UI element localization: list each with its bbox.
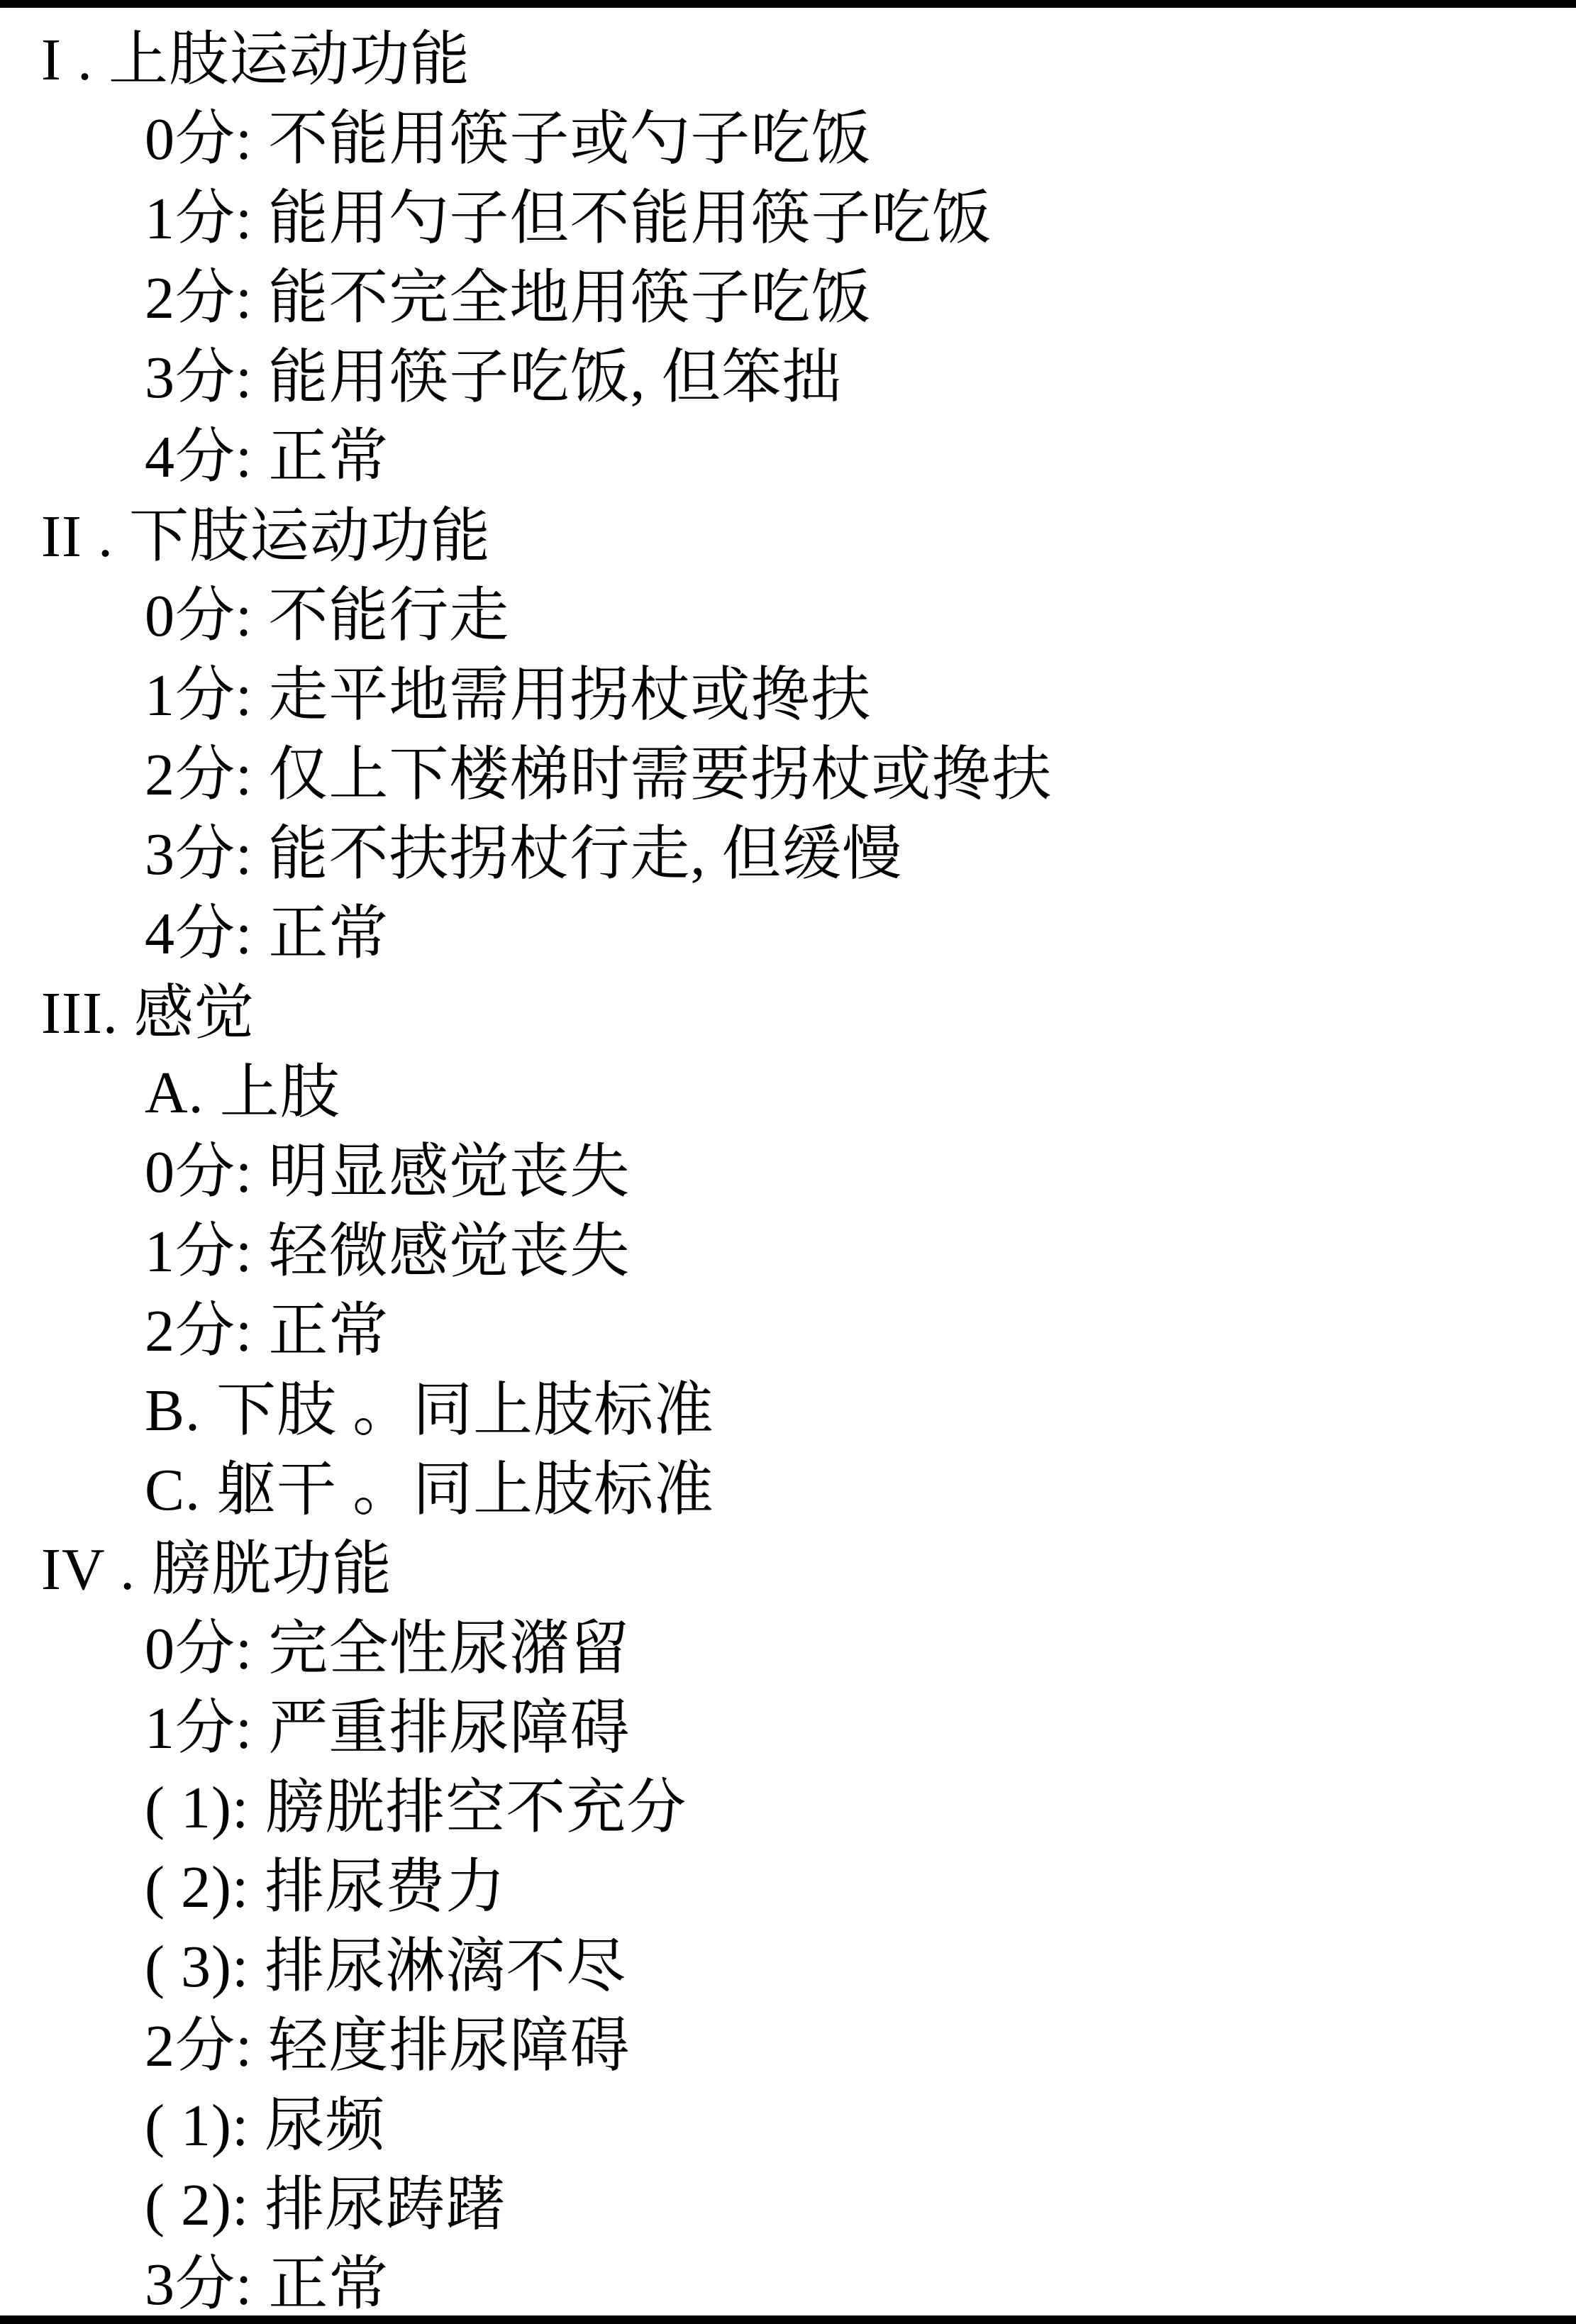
scale-item: ( 2): 排尿费力 xyxy=(145,1848,1576,1927)
scanned-document-page: I . 上肢运动功能 0分: 不能用筷子或勺子吃饭 1分: 能用勺子但不能用筷子… xyxy=(0,0,1576,2324)
scale-item: 0分: 明显感觉丧失 xyxy=(145,1133,1576,1212)
scale-item: 1分: 走平地需用拐杖或搀扶 xyxy=(145,656,1576,736)
scale-item: 2分: 轻度排尿障碍 xyxy=(145,2007,1576,2086)
scale-item: 4分: 正常 xyxy=(145,418,1576,497)
top-border-bar xyxy=(0,0,1576,8)
section-sensory: III. 感觉 A. 上肢 0分: 明显感觉丧失 1分: 轻微感觉丧失 2分: … xyxy=(0,974,1576,1530)
scale-item: ( 3): 排尿淋漓不尽 xyxy=(145,1927,1576,2007)
scale-item: ( 2): 排尿踌躇 xyxy=(145,2166,1576,2245)
scale-item: 2分: 正常 xyxy=(145,1292,1576,1371)
section-heading: II . 下肢运动功能 xyxy=(41,497,1576,577)
scale-item: ( 1): 膀胱排空不充分 xyxy=(145,1769,1576,1848)
bottom-border-bar xyxy=(0,2315,1576,2324)
section-upper-limb-motor-function: I . 上肢运动功能 0分: 不能用筷子或勺子吃饭 1分: 能用勺子但不能用筷子… xyxy=(0,21,1576,497)
scale-item: 3分: 能不扶拐杖行走, 但缓慢 xyxy=(145,815,1576,895)
section-heading: III. 感觉 xyxy=(41,974,1576,1053)
section-heading: I . 上肢运动功能 xyxy=(41,21,1576,100)
scale-item: ( 1): 尿频 xyxy=(145,2086,1576,2166)
scale-item: 0分: 完全性尿潴留 xyxy=(145,1610,1576,1689)
scale-item: 4分: 正常 xyxy=(145,895,1576,974)
scale-item: 2分: 能不完全地用筷子吃饭 xyxy=(145,259,1576,338)
scale-item: 0分: 不能行走 xyxy=(145,577,1576,656)
section-lower-limb-motor-function: II . 下肢运动功能 0分: 不能行走 1分: 走平地需用拐杖或搀扶 2分: … xyxy=(0,497,1576,974)
scale-item: B. 下肢 。同上肢标准 xyxy=(145,1371,1576,1451)
scale-item: 1分: 严重排尿障碍 xyxy=(145,1689,1576,1769)
scale-item: A. 上肢 xyxy=(145,1053,1576,1133)
scale-item: 0分: 不能用筷子或勺子吃饭 xyxy=(145,100,1576,179)
section-heading: IV . 膀胱功能 xyxy=(41,1530,1576,1610)
rating-scale-text: I . 上肢运动功能 0分: 不能用筷子或勺子吃饭 1分: 能用勺子但不能用筷子… xyxy=(0,8,1576,2324)
scale-item: C. 躯干 。同上肢标准 xyxy=(145,1451,1576,1530)
scale-item: 3分: 能用筷子吃饭, 但笨拙 xyxy=(145,338,1576,418)
scale-item: 3分: 正常 xyxy=(145,2245,1576,2324)
scale-item: 1分: 能用勺子但不能用筷子吃饭 xyxy=(145,179,1576,259)
scale-item: 1分: 轻微感觉丧失 xyxy=(145,1212,1576,1292)
section-bladder-function: IV . 膀胱功能 0分: 完全性尿潴留 1分: 严重排尿障碍 ( 1): 膀胱… xyxy=(0,1530,1576,2324)
scale-item: 2分: 仅上下楼梯时需要拐杖或搀扶 xyxy=(145,736,1576,815)
